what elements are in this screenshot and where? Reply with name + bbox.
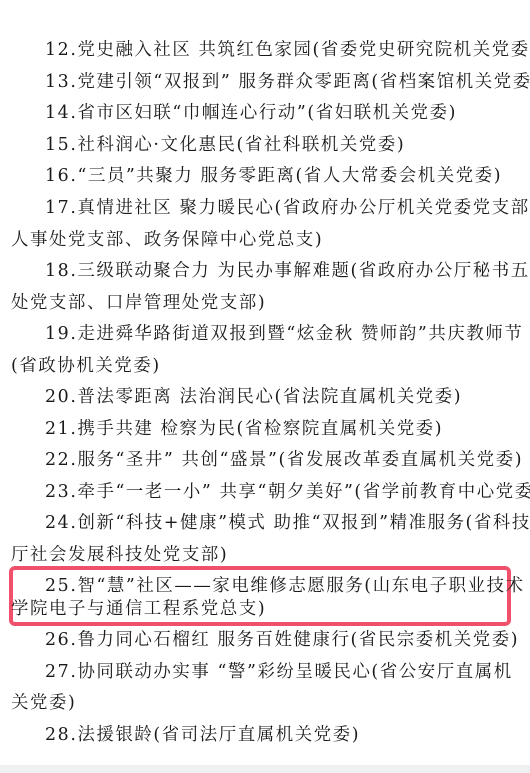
list-item-12: 12.党史融入社区 共筑红色家园(省委党史研究院机关党委) [45, 38, 525, 62]
list-item-27: 27.协同联动办实事 “警”彩纷呈暖民心(省公安厅直属机 [45, 660, 525, 684]
list-item-27-continued: 关党委) [11, 691, 521, 715]
list-item-19: 19.走进舜华路街道双报到暨“炫金秋 赞师韵”共庆教师节 [45, 322, 525, 346]
list-item-18: 18.三级联动聚合力 为民办事解难题(省政府办公厅秘书五 [45, 259, 525, 283]
list-item-26: 26.鲁力同心石榴红 服务百姓健康行(省民宗委机关党委) [45, 628, 525, 652]
list-item-13: 13.党建引领“双报到” 服务群众零距离(省档案馆机关党委) [45, 70, 525, 94]
list-item-25-highlighted: 25.智“慧”社区——家电维修志愿服务(山东电子职业技术 [45, 574, 525, 598]
list-item-21: 21.携手共建 检察为民(省检察院直属机关党委) [45, 417, 525, 441]
list-item-20: 20.普法零距离 法治润民心(省法院直属机关党委) [45, 385, 525, 409]
list-item-15: 15.社科润心·文化惠民(省社科联机关党委) [45, 133, 525, 157]
list-item-17: 17.真情进社区 聚力暖民心(省政府办公厅机关党委党支部、 [45, 196, 525, 220]
list-item-25-continued: 学院电子与通信工程系党总支) [11, 597, 521, 621]
list-item-28: 28.法援银龄(省司法厅直属机关党委) [45, 723, 525, 747]
list-item-24-continued: 厅社会发展科技处党支部) [11, 543, 521, 567]
list-item-22: 22.服务“圣井” 共创“盛景”(省发展改革委直属机关党委) [45, 448, 525, 472]
list-item-18-continued: 处党支部、口岸管理处党支部) [11, 291, 521, 315]
bottom-bar [0, 765, 530, 773]
list-item-14: 14.省市区妇联“巾帼连心行动”(省妇联机关党委) [45, 101, 525, 125]
list-item-19-continued: (省政协机关党委) [11, 354, 521, 378]
list-item-24: 24.创新“科技+健康”模式 助推“双报到”精准服务(省科技 [45, 511, 525, 535]
list-item-16: 16.“三员”共聚力 服务零距离(省人大常委会机关党委) [45, 164, 525, 188]
list-item-17-continued: 人事处党支部、政务保障中心党总支) [11, 228, 521, 252]
list-item-23: 23.牵手“一老一小” 共享“朝夕美好”(省学前教育中心党委) [45, 480, 525, 504]
document-page: 12.党史融入社区 共筑红色家园(省委党史研究院机关党委) 13.党建引领“双报… [0, 0, 530, 765]
